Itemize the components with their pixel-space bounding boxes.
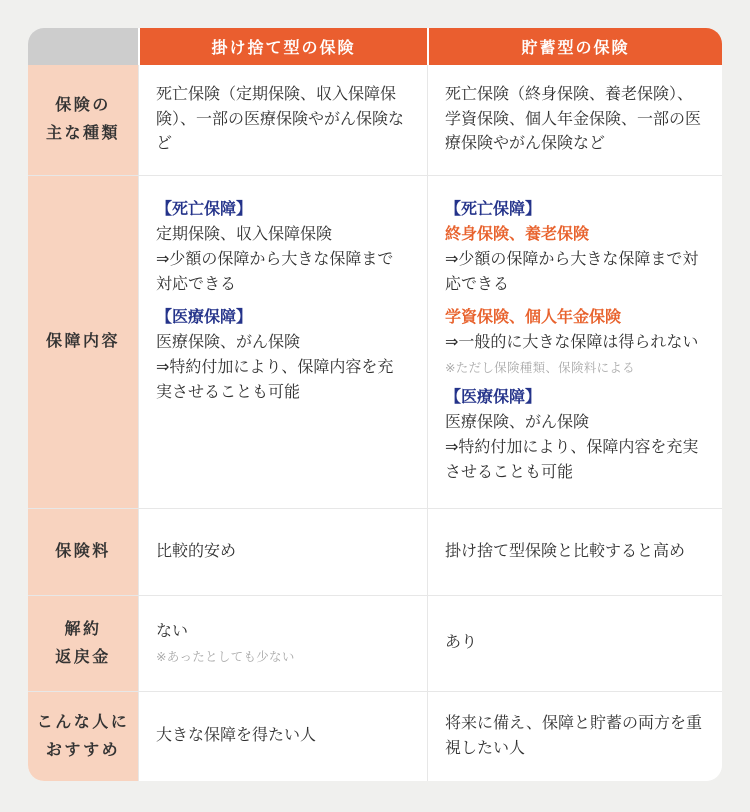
row-label-line-1: こんな人に bbox=[37, 709, 130, 737]
surrender-kakesute-note: ※あったとしても少ない bbox=[156, 648, 409, 668]
surrender-chochiku-text: あり bbox=[445, 631, 704, 656]
types-chochiku-text: 死亡保険（終身保険、養老保険）、学資保険、個人年金保険、一部の医療保険やがん保険… bbox=[445, 83, 704, 158]
insurance-comparison-table: 掛け捨て型の保険 貯蓄型の保険 保険の 主な種類 死亡保険（定期保険、収入保障保… bbox=[28, 28, 722, 781]
cell-coverage-kakesute: 【死亡保障】 定期保険、収入保障保険 ⇒少額の保障から大きな保障まで対応できる … bbox=[138, 176, 427, 508]
corner-cell bbox=[28, 28, 138, 65]
coverage-chochiku-savings-block: 学資保険、個人年金保険 ⇒一般的に大きな保障は得られない ※ただし保険種類、保険… bbox=[445, 306, 704, 378]
death-coverage-products: 終身保険、養老保険 bbox=[445, 223, 704, 248]
row-label-line-2: 主な種類 bbox=[46, 120, 120, 148]
column-header-chochiku: 貯蓄型の保険 bbox=[427, 28, 722, 65]
row-label-coverage-text: 保障内容 bbox=[46, 328, 120, 356]
row-label-premium-text: 保険料 bbox=[55, 538, 111, 566]
row-label-line-2: 返戻金 bbox=[55, 644, 111, 672]
row-label-line-2: おすすめ bbox=[46, 737, 120, 765]
row-surrender-value: 解約 返戻金 ない ※あったとしても少ない あり bbox=[28, 595, 722, 691]
cell-recommend-kakesute: 大きな保障を得たい人 bbox=[138, 692, 427, 781]
row-coverage: 保障内容 【死亡保障】 定期保険、収入保障保険 ⇒少額の保障から大きな保障まで対… bbox=[28, 175, 722, 508]
types-kakesute-text: 死亡保険（定期保険、収入保障保険）、一部の医療保険やがん保険など bbox=[156, 83, 409, 158]
medical-coverage-heading: 【医療保障】 bbox=[445, 386, 704, 411]
medical-coverage-products: 医療保険、がん保険 bbox=[156, 331, 409, 356]
row-main-types: 保険の 主な種類 死亡保険（定期保険、収入保障保険）、一部の医療保険やがん保険な… bbox=[28, 65, 722, 175]
row-premium: 保険料 比較的安め 掛け捨て型保険と比較すると高め bbox=[28, 508, 722, 595]
cell-surrender-chochiku: あり bbox=[427, 596, 722, 691]
premium-chochiku-text: 掛け捨て型保険と比較すると高め bbox=[445, 540, 704, 565]
coverage-kakesute-medical-block: 【医療保障】 医療保険、がん保険 ⇒特約付加により、保障内容を充実させることも可… bbox=[156, 306, 409, 406]
row-label-recommended-for: こんな人に おすすめ bbox=[28, 692, 138, 781]
row-label-main-types: 保険の 主な種類 bbox=[28, 65, 138, 175]
savings-coverage-products: 学資保険、個人年金保険 bbox=[445, 306, 704, 331]
death-coverage-effect: ⇒少額の保障から大きな保障まで対応できる bbox=[445, 248, 704, 298]
cell-premium-kakesute: 比較的安め bbox=[138, 509, 427, 595]
cell-surrender-kakesute: ない ※あったとしても少ない bbox=[138, 596, 427, 691]
coverage-chochiku-death-block: 【死亡保障】 終身保険、養老保険 ⇒少額の保障から大きな保障まで対応できる bbox=[445, 198, 704, 298]
column-header-kakesute: 掛け捨て型の保険 bbox=[138, 28, 427, 65]
medical-coverage-products: 医療保険、がん保険 bbox=[445, 411, 704, 436]
row-label-line-1: 保険の bbox=[55, 92, 111, 120]
medical-coverage-effect: ⇒特約付加により、保障内容を充実させることも可能 bbox=[445, 436, 704, 486]
surrender-kakesute-text: ない bbox=[156, 620, 409, 645]
cell-types-chochiku: 死亡保険（終身保険、養老保険）、学資保険、個人年金保険、一部の医療保険やがん保険… bbox=[427, 65, 722, 175]
column-header-chochiku-label: 貯蓄型の保険 bbox=[521, 35, 629, 58]
death-coverage-products: 定期保険、収入保障保険 bbox=[156, 223, 409, 248]
coverage-chochiku-medical-block: 【医療保障】 医療保険、がん保険 ⇒特約付加により、保障内容を充実させることも可… bbox=[445, 386, 704, 486]
medical-coverage-effect: ⇒特約付加により、保障内容を充実させることも可能 bbox=[156, 356, 409, 406]
recommend-chochiku-text: 将来に備え、保障と貯蓄の両方を重視したい人 bbox=[445, 712, 704, 762]
table-header-row: 掛け捨て型の保険 貯蓄型の保険 bbox=[28, 28, 722, 65]
row-label-line-1: 解約 bbox=[64, 616, 101, 644]
death-coverage-effect: ⇒少額の保障から大きな保障まで対応できる bbox=[156, 248, 409, 298]
cell-premium-chochiku: 掛け捨て型保険と比較すると高め bbox=[427, 509, 722, 595]
cell-coverage-chochiku: 【死亡保障】 終身保険、養老保険 ⇒少額の保障から大きな保障まで対応できる 学資… bbox=[427, 176, 722, 508]
medical-coverage-heading: 【医療保障】 bbox=[156, 306, 409, 331]
row-recommended-for: こんな人に おすすめ 大きな保障を得たい人 将来に備え、保障と貯蓄の両方を重視し… bbox=[28, 691, 722, 781]
death-coverage-heading: 【死亡保障】 bbox=[445, 198, 704, 223]
recommend-kakesute-text: 大きな保障を得たい人 bbox=[156, 724, 409, 749]
row-label-coverage: 保障内容 bbox=[28, 176, 138, 508]
death-coverage-heading: 【死亡保障】 bbox=[156, 198, 409, 223]
row-label-premium: 保険料 bbox=[28, 509, 138, 595]
row-label-surrender-value: 解約 返戻金 bbox=[28, 596, 138, 691]
cell-types-kakesute: 死亡保険（定期保険、収入保障保険）、一部の医療保険やがん保険など bbox=[138, 65, 427, 175]
cell-recommend-chochiku: 将来に備え、保障と貯蓄の両方を重視したい人 bbox=[427, 692, 722, 781]
premium-kakesute-text: 比較的安め bbox=[156, 540, 409, 565]
coverage-kakesute-death-block: 【死亡保障】 定期保険、収入保障保険 ⇒少額の保障から大きな保障まで対応できる bbox=[156, 198, 409, 298]
column-header-kakesute-label: 掛け捨て型の保険 bbox=[211, 35, 355, 58]
savings-coverage-effect: ⇒一般的に大きな保障は得られない bbox=[445, 331, 704, 356]
savings-coverage-caveat-note: ※ただし保険種類、保険料による bbox=[445, 359, 704, 379]
